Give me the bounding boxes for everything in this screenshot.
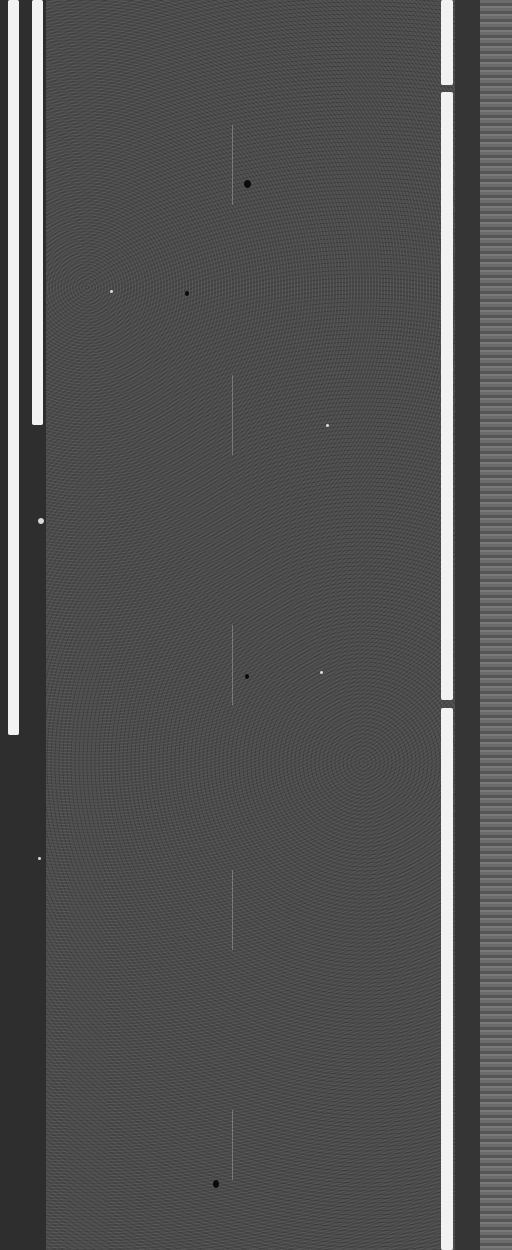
debris <box>320 671 323 674</box>
pavement-seam <box>232 375 233 455</box>
roadside-verge <box>480 0 512 1250</box>
debris <box>110 290 113 293</box>
right-lane-line-segment <box>441 92 453 700</box>
debris <box>38 518 44 524</box>
asphalt-surface <box>0 0 512 1250</box>
pavement-seam <box>232 125 233 205</box>
oil-spot <box>244 180 251 188</box>
right-lane-line-segment <box>441 0 453 85</box>
oil-spot <box>185 291 189 296</box>
left-edge-line <box>8 0 19 735</box>
left-inner-line <box>32 0 43 425</box>
oil-spot <box>245 674 249 679</box>
debris <box>38 857 41 860</box>
pavement-seam <box>232 1110 233 1180</box>
pavement-seam <box>232 625 233 705</box>
right-lane-line-segment <box>441 708 453 1250</box>
debris <box>326 424 329 427</box>
right-shoulder <box>455 0 480 1250</box>
oil-spot <box>213 1180 219 1188</box>
pavement-seam <box>232 870 233 950</box>
